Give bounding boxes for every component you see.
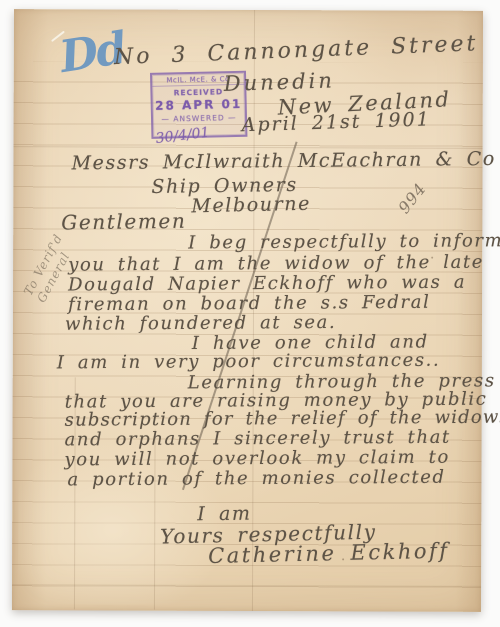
recipient-line: Melbourne bbox=[191, 193, 311, 218]
body-line: I beg respectfully to inform bbox=[188, 230, 500, 253]
body-line: a portion of the monies collected bbox=[67, 467, 445, 491]
photograph-background: Dd To Verif'd General 994 McIL. McE. & C… bbox=[0, 0, 500, 627]
address-line: Dunedin bbox=[223, 68, 335, 95]
paper-stain bbox=[12, 9, 48, 610]
letter-paper: Dd To Verif'd General 994 McIL. McE. & C… bbox=[12, 9, 483, 612]
recipient-line: Messrs McIlwraith McEachran & Co bbox=[71, 148, 496, 174]
stamp-answered-label: ANSWERED bbox=[153, 113, 245, 124]
paper-stain bbox=[455, 11, 483, 612]
signature: Catherine Eckhoff bbox=[208, 539, 450, 568]
body-line: I am in very poor circumstances.. bbox=[57, 350, 441, 374]
address-line: No 3 Cannongate Street bbox=[114, 31, 479, 70]
fold-crease bbox=[12, 584, 481, 587]
address-date-line: April 21st 1901 bbox=[241, 108, 431, 136]
stamp-received-date: 28 APR 01 bbox=[153, 97, 245, 113]
file-number-annotation: 994 bbox=[394, 179, 430, 217]
salutation: Gentlemen bbox=[61, 209, 186, 235]
